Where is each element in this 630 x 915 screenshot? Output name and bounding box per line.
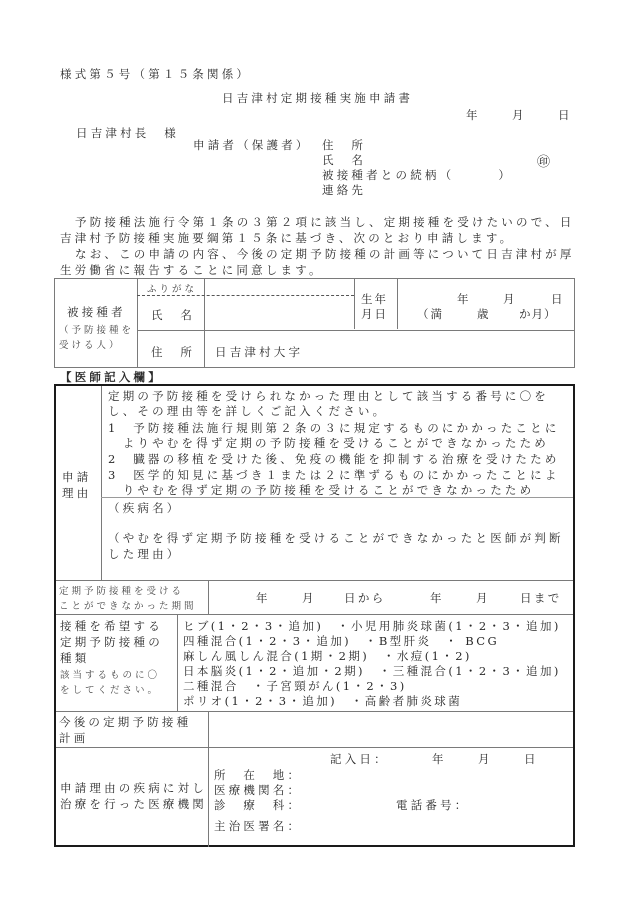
- recipient-table: 被接種者 （予防接種を 受ける人） ふりがな 氏 名 生年 月日 年 月 日 （…: [54, 278, 575, 368]
- vaccine-label-3: 種類: [60, 650, 89, 666]
- reason-line: し、その理由等を詳しくご記入ください。: [108, 403, 387, 419]
- date-day: 日: [558, 107, 570, 123]
- addressee: 日吉津村長 様: [76, 125, 179, 141]
- period-label-2: ことができなかった期間: [59, 598, 197, 612]
- plan-label-1: 今後の定期予防接種: [59, 714, 191, 730]
- form-title: 日吉津村定期接種実施申請書: [222, 90, 413, 106]
- birth-day[interactable]: 日: [551, 291, 563, 307]
- relationship-field[interactable]: 被接種者との続柄（ ）: [322, 167, 513, 183]
- period-to-month[interactable]: 月: [476, 590, 488, 606]
- vaccine-label-1: 接種を希望する: [60, 618, 163, 634]
- seal-icon: ㊞: [537, 151, 550, 170]
- birth-year[interactable]: 年: [457, 291, 469, 307]
- reason-label-1: 申請: [62, 469, 91, 485]
- furigana-input[interactable]: [206, 280, 353, 294]
- applicant-label: 申請者（保護者）: [193, 137, 311, 153]
- institution-label-2: 治療を行った医療機関: [60, 796, 207, 812]
- birth-label-2: 月日: [361, 306, 388, 322]
- reason-option-1[interactable]: 1 予防接種法施行規則第２条の３に規定するものにかかったことに: [108, 420, 560, 436]
- date-month: 月: [512, 107, 524, 123]
- reason-detail-input[interactable]: [106, 512, 571, 578]
- contact-field[interactable]: 連絡先: [322, 182, 366, 198]
- vaccine-label-2: 定期予防接種の: [60, 634, 163, 650]
- period-to-day[interactable]: 日まで: [520, 590, 562, 606]
- vaccine-note-2: をしてください。: [60, 682, 160, 696]
- reason-label-2: 理由: [62, 485, 91, 501]
- body-para2-line2: 生労働省に報告することに同意します。: [60, 262, 324, 278]
- doctor-signature-field[interactable]: 主治医署名：: [214, 818, 302, 834]
- birth-month[interactable]: 月: [503, 291, 515, 307]
- reason-option-3-cont: りやむを得ず定期の予防接種を受けることができなかったため: [108, 482, 534, 498]
- period-from-month[interactable]: 月: [302, 590, 314, 606]
- reason-option-1-cont: よりやむを得ず定期の予防接種を受けることができなかったため: [108, 435, 549, 451]
- form-number: 様式第５号（第１５条関係）: [60, 66, 251, 82]
- body-para2-line1: なお、この申請の内容、今後の定期予防接種の計画等について日吉津村が厚: [75, 246, 575, 262]
- body-para1-line1: 予防接種法施行令第１条の３第２項に該当し、定期接種を受けたいので、日: [75, 214, 575, 230]
- reason-option-3[interactable]: 3 医学的知見に基づき１または２に準ずるものにかかったことによ: [108, 467, 560, 483]
- entry-date-label: 記入日：: [330, 751, 389, 767]
- reason-option-2[interactable]: 2 臓器の移植を受けた後、免疫の機能を抑制する治療を受けたため: [108, 451, 560, 467]
- vaccine-note-1: 該当するものに〇: [60, 667, 160, 681]
- department-field[interactable]: 診 療 科：: [214, 797, 302, 813]
- applicant-name-field[interactable]: 氏 名: [322, 152, 366, 168]
- vaccine-option-row[interactable]: ポリオ(1・2・3・追加) ・高齢者肺炎球菌: [183, 693, 462, 709]
- recipient-sub1: （予防接種を: [59, 322, 134, 336]
- date-year: 年: [466, 107, 478, 123]
- age-years[interactable]: 歳: [477, 306, 489, 322]
- recipient-sub2: 受ける人）: [59, 337, 122, 351]
- age-months[interactable]: か月）: [519, 306, 557, 322]
- doctor-table: 申請 理由 定期の予防接種を受けられなかった理由として該当する番号に〇を し、そ…: [54, 384, 575, 847]
- body-para1-line2: 吉津村予防接種実施要綱第１５条に基づき、次のとおり申請します。: [60, 230, 514, 246]
- vaccine-option-row[interactable]: 麻しん風しん混合(1期・2期) ・水痘(1・2): [183, 648, 472, 664]
- institution-name-field[interactable]: 医療機関名：: [214, 782, 302, 798]
- period-to-year[interactable]: 年: [430, 590, 442, 606]
- vaccine-option-row[interactable]: 四種混合(1・2・3・追加) ・B型肝炎 ・ BCG: [183, 633, 499, 649]
- period-from-year[interactable]: 年: [256, 590, 268, 606]
- location-field[interactable]: 所 在 地：: [214, 767, 302, 783]
- entry-date-year[interactable]: 年: [432, 751, 444, 767]
- birth-label-1: 生年: [361, 291, 388, 307]
- reason-line: 定期の予防接種を受けられなかった理由として該当する番号に〇を: [108, 388, 549, 404]
- applicant-address-field[interactable]: 住 所: [322, 137, 366, 153]
- plan-input[interactable]: [211, 713, 571, 745]
- recipient-address-label: 住 所: [151, 344, 195, 360]
- doctor-section-title: 【医師記入欄】: [60, 369, 163, 385]
- vaccine-option-row[interactable]: 二種混合 ・子宮頸がん(1・2・3): [183, 678, 407, 694]
- vaccine-option-row[interactable]: 日本脳炎(1・2・追加・2期) ・三種混合(1・2・3・追加): [183, 663, 561, 679]
- recipient-name-label: 氏 名: [151, 307, 195, 323]
- institution-label-1: 申請理由の疾病に対し: [60, 780, 207, 796]
- period-from-day[interactable]: 日から: [344, 590, 386, 606]
- entry-date-day[interactable]: 日: [524, 751, 536, 767]
- recipient-address-input[interactable]: 日吉津村大字: [215, 344, 303, 360]
- vaccine-option-row[interactable]: ヒブ(1・2・3・追加) ・小児用肺炎球菌(1・2・3・追加): [183, 618, 561, 634]
- entry-date-month[interactable]: 月: [478, 751, 490, 767]
- recipient-name-input[interactable]: [206, 297, 353, 329]
- phone-field[interactable]: 電話番号：: [396, 797, 470, 813]
- furigana-label: ふりがな: [147, 281, 197, 295]
- plan-label-2: 計画: [59, 730, 88, 746]
- period-label-1: 定期予防接種を受ける: [59, 583, 184, 597]
- age-open: （満: [417, 306, 444, 322]
- recipient-label: 被接種者: [67, 304, 126, 320]
